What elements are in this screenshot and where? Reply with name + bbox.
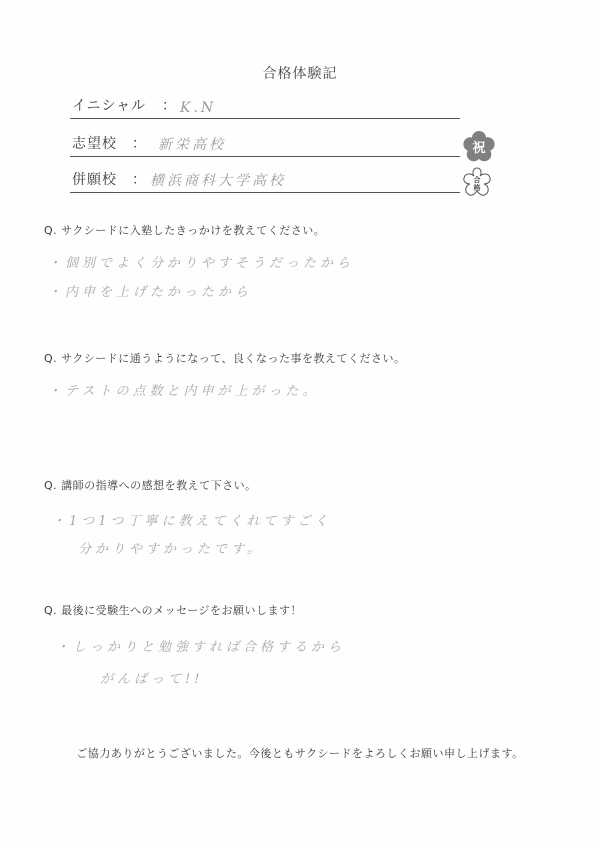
first-choice-school-label: 志望校 <box>72 133 117 153</box>
answer-4-line-2: がんばって!! <box>100 668 203 687</box>
celebration-stamp-icon: 祝 <box>462 130 496 164</box>
initials-field: イニシャル ： K.N <box>70 96 460 119</box>
first-choice-school-field: 志望校 ： 新栄高校 <box>70 134 460 157</box>
svg-text:格: 格 <box>474 183 481 192</box>
second-choice-school-label: 併願校 <box>72 169 117 189</box>
testimonial-page: 合格体験記 イニシャル ： K.N 志望校 ： 新栄高校 併願校 ： 横浜商科大… <box>0 0 600 848</box>
page-title: 合格体験記 <box>0 63 600 83</box>
second-choice-school-value: 横浜商科大学高校 <box>150 170 286 190</box>
initials-label: イニシャル <box>72 95 146 115</box>
pass-stamp-icon: 合 格 <box>460 166 494 200</box>
question-4: Q. 最後に受験生へのメッセージをお願いします！ <box>44 602 302 618</box>
answer-3-line-2: 分かりやすかったです。 <box>78 538 264 557</box>
answer-3-line-1: ・1つ1つ丁寧に教えてくれてすごく <box>52 510 332 529</box>
second-choice-school-colon: ： <box>132 169 146 189</box>
initials-colon: ： <box>162 95 176 115</box>
question-2: Q. サクシードに通うようになって、良くなった事を教えてください。 <box>44 350 406 366</box>
answer-1-line-1: ・個別でよく分かりやすそうだったから <box>48 252 354 271</box>
answer-4-line-1: ・しっかりと勉強すれば合格するから <box>56 636 345 655</box>
answer-2-line-1: ・テストの点数と内申が上がった。 <box>48 380 319 399</box>
closing-message: ご協力ありがとうございました。今後ともサクシードをよろしくお願い申し上げます。 <box>0 745 600 761</box>
first-choice-school-colon: ： <box>132 133 146 153</box>
answer-1-line-2: ・内申を上げたかったから <box>48 281 252 300</box>
first-choice-school-value: 新栄高校 <box>158 134 226 154</box>
question-3: Q. 講師の指導への感想を教えて下さい。 <box>44 477 257 493</box>
second-choice-school-field: 併願校 ： 横浜商科大学高校 <box>70 170 460 193</box>
question-1: Q. サクシードに入塾したきっかけを教えてください。 <box>44 222 325 238</box>
initials-value: K.N <box>180 100 216 116</box>
svg-text:祝: 祝 <box>472 140 485 156</box>
svg-text:合: 合 <box>474 175 481 184</box>
